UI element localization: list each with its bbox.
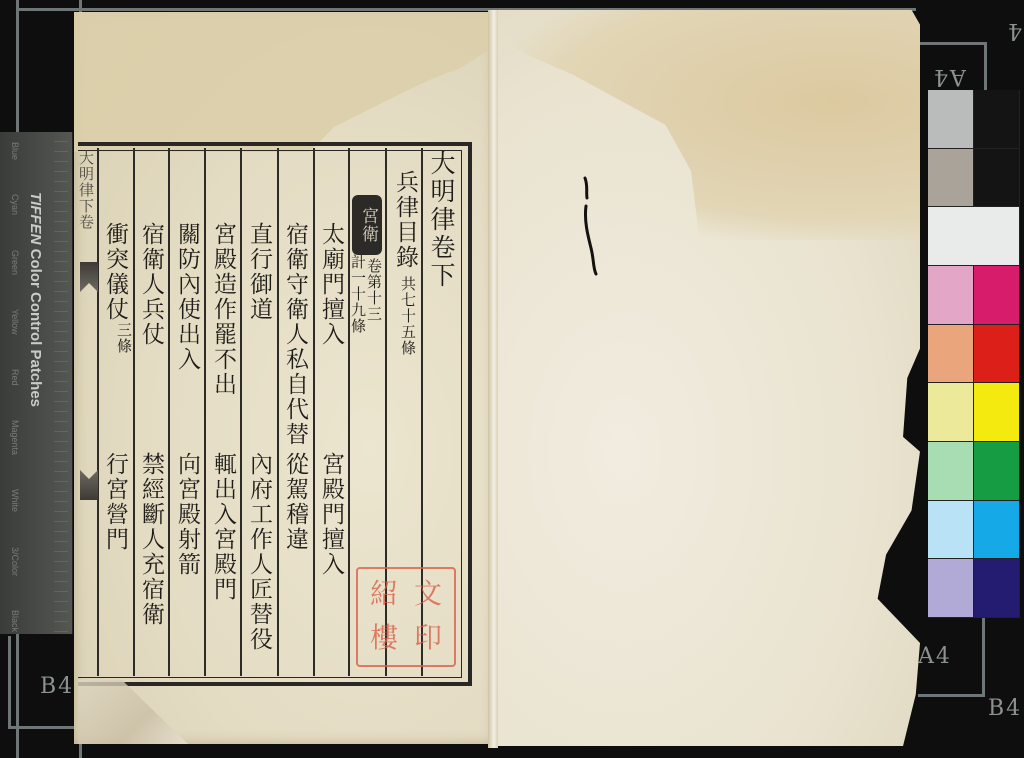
- patch-label: Red: [6, 369, 20, 386]
- seal-characters: 紹 文 樓 印: [362, 573, 450, 661]
- color-patch-light-green: [928, 442, 974, 501]
- entry-bottom: 行宮營門: [100, 452, 130, 552]
- chapter-count: 計一十九條: [350, 254, 366, 334]
- entry-bottom: 內府工作人匠替役: [244, 452, 274, 652]
- patch-label: Blue: [6, 142, 20, 160]
- mat-guide-top: [16, 0, 916, 11]
- entry-top: 宮殿造作罷不出: [208, 222, 238, 397]
- book-gutter: [488, 10, 498, 748]
- patch-label: 3/Color: [6, 547, 20, 576]
- column-rule: [97, 148, 99, 676]
- color-patch-warm-gray: [928, 149, 974, 208]
- color-patch-magenta: [974, 266, 1020, 325]
- color-patch-light-cyan: [928, 501, 974, 560]
- color-patch-black-top: [974, 90, 1020, 149]
- patch-label: Yellow: [6, 309, 20, 335]
- tiffen-color-strip: Blue Cyan Green Yellow Red Magenta White…: [0, 132, 73, 634]
- guide-label-4-flipped: 4: [1006, 18, 1022, 43]
- tiffen-ruler: [54, 132, 68, 634]
- section-heading: 兵律目錄: [390, 170, 420, 270]
- entry-bottom: 向宮殿射箭: [172, 452, 202, 577]
- column-rule: [240, 148, 242, 676]
- color-patch-red: [974, 325, 1020, 384]
- water-stain: [496, 10, 920, 240]
- seal-char: 文: [406, 573, 450, 617]
- entry-top: 宿衛守衛人私自代替: [280, 222, 310, 447]
- entry-bottom: 輒出入宮殿門: [208, 452, 238, 602]
- book-title: 大明律卷下: [426, 150, 456, 290]
- column-rule: [168, 148, 170, 676]
- seal-char: 印: [406, 617, 450, 661]
- entry-top-note: 三條: [116, 322, 132, 354]
- tiffen-title: Color Control Patches: [27, 249, 44, 407]
- patch-label: White: [6, 489, 20, 512]
- section-count: 共七十五條: [400, 276, 416, 356]
- water-stain: [74, 12, 494, 152]
- entry-bottom: 宮殿門擅入: [316, 452, 346, 577]
- entry-bottom: 從駕稽違: [280, 452, 310, 552]
- column-rule: [348, 148, 350, 676]
- margin-label: 大明律下卷: [76, 150, 97, 230]
- color-patch-white: [928, 207, 1020, 266]
- color-patch-light-yellow: [928, 383, 974, 442]
- patch-label: Cyan: [6, 194, 20, 215]
- color-patch-light-orange: [928, 325, 974, 384]
- patch-label: Green: [6, 250, 20, 275]
- color-patch-black-mid: [974, 149, 1020, 208]
- tiffen-logo: TIFFEN: [27, 192, 44, 245]
- guide-label-b4-left: B4: [40, 674, 74, 699]
- color-patch-yellow: [974, 383, 1020, 442]
- entry-bottom: 禁經斷人充宿衛: [136, 452, 166, 627]
- entry-top: 衝突儀仗: [100, 222, 130, 322]
- tiffen-patch-labels: Blue Cyan Green Yellow Red Magenta White…: [6, 142, 20, 632]
- chapter-badge: 宮衛: [352, 195, 382, 255]
- column-rule: [204, 148, 206, 676]
- entry-top: 太廟門擅入: [316, 222, 346, 347]
- entry-top: 直行御道: [244, 222, 274, 322]
- tiffen-brand-title: TIFFEN Color Control Patches: [24, 192, 44, 592]
- column-rule: [133, 148, 135, 676]
- guide-label-b4-right: B4: [988, 696, 1022, 721]
- color-patch-navy: [974, 559, 1020, 618]
- collector-seal: 紹 文 樓 印: [356, 567, 456, 667]
- color-patch-green: [974, 442, 1020, 501]
- patch-label: Black: [6, 610, 20, 632]
- ink-stroke-mark: [582, 176, 602, 276]
- guide-label-a4: A4: [918, 644, 952, 669]
- entry-top: 宿衛人兵仗: [136, 222, 166, 347]
- entry-top: 關防內使出入: [172, 222, 202, 372]
- patch-label: Magenta: [6, 420, 20, 455]
- chapter-volume: 卷第十三: [366, 258, 382, 322]
- color-checker: [928, 90, 1020, 618]
- color-patch-lavender: [928, 559, 974, 618]
- color-patch-light-magenta: [928, 266, 974, 325]
- column-rule: [313, 148, 315, 676]
- guide-label-a4-flipped: A4: [932, 64, 966, 89]
- color-patch-light-gray: [928, 90, 974, 149]
- color-patch-cyan: [974, 501, 1020, 560]
- seal-char: 樓: [362, 617, 406, 661]
- column-rule: [277, 148, 279, 676]
- right-page: [496, 10, 920, 746]
- seal-char: 紹: [362, 573, 406, 617]
